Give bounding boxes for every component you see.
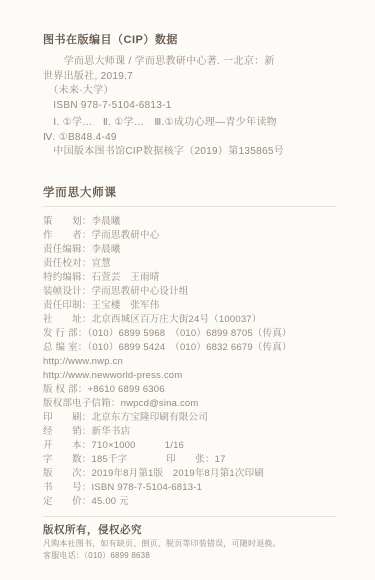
cip-line: ISBN 978-7-5104-6813-1 [43, 99, 337, 114]
info-row-label: 发 行 部： [43, 328, 87, 339]
info-row-label: 字 数： [43, 454, 92, 465]
info-row-label: 经 销： [43, 426, 92, 437]
copyright-notice-section: 版权所有，侵权必究 凡购本社图书，如有缺页、倒页、脱页等印装错误，可随时退换。 … [43, 516, 337, 562]
info-row: 印 刷：北京东方宝隆印刷有限公司 [43, 411, 337, 425]
info-row-value: 北京西城区百万庄大街24号（100037） [92, 314, 262, 325]
info-row-value: 185千字 印 张：17 [92, 454, 226, 465]
info-row-label: 总 编 室： [43, 342, 87, 353]
cip-line: 世界出版社, 2019.7 [43, 70, 337, 85]
info-row-label: 责任校对： [43, 258, 92, 269]
info-row: 作 者：学而思教研中心 [43, 229, 337, 243]
info-row: 定 价：45.00 元 [43, 495, 337, 509]
info-row-label: 定 价： [43, 496, 92, 507]
info-row-value: 王宝楼 张军伟 [92, 300, 160, 311]
cip-heading: 图书在版编目（CIP）数据 [43, 33, 337, 47]
info-row-value: nwpcd@sina.com [121, 398, 199, 409]
title-divider [43, 206, 337, 207]
info-row-label: 特约编辑： [43, 272, 92, 283]
info-row: 责任印制：王宝楼 张军伟 [43, 299, 337, 313]
info-row-value: 石萱芸 王雨晴 [92, 272, 160, 283]
cip-paragraph: 学而思大师课 / 学而思教研中心著. 一北京：新 世界出版社, 2019.7 （… [43, 55, 337, 113]
book-info-section: 学而思大师课 策 划：李晨曦 作 者：学而思教研中心 责任编辑：李晨曦 责任校对… [43, 186, 337, 509]
info-row-value: 学而思教研中心设计组 [92, 286, 189, 297]
info-row: 总 编 室：（010）6899 5424 （010）6832 6679（传真） [43, 341, 337, 355]
info-row: 社 址：北京西城区百万庄大街24号（100037） [43, 313, 337, 327]
info-row: 书 号：ISBN 978-7-5104-6813-1 [43, 481, 337, 495]
info-row: 装帧设计：学而思教研中心设计组 [43, 285, 337, 299]
info-row-value: +8610 6899 6306 [87, 384, 164, 395]
book-title: 学而思大师课 [43, 186, 337, 200]
info-row-value: 李晨曦 [92, 216, 121, 227]
info-row: http://www.nwp.cn [43, 355, 337, 369]
info-row-label: 社 址： [43, 314, 92, 325]
info-row-label: 装帧设计： [43, 286, 92, 297]
info-row-value: 2019年8月第1版 2019年8月第1次印刷 [92, 468, 265, 479]
info-row-label: 责任印制： [43, 300, 92, 311]
cip-classification-line: 中国版本图书馆CIP数据核字（2019）第135865号 [43, 145, 337, 160]
info-row-label: 版权部电子信箱： [43, 398, 121, 409]
cip-line: （未来·大学） [43, 84, 337, 99]
info-row: 经 销：新华书店 [43, 425, 337, 439]
info-row: http://www.newworld-press.com [43, 369, 337, 383]
info-row: 字 数：185千字 印 张：17 [43, 453, 337, 467]
info-row-value: 710×1000 1/16 [92, 440, 185, 451]
info-row: 策 划：李晨曦 [43, 215, 337, 229]
info-row-value: （010）6899 5424 （010）6832 6679（传真） [87, 342, 291, 353]
cip-section: 图书在版编目（CIP）数据 学而思大师课 / 学而思教研中心著. 一北京：新 世… [43, 33, 337, 160]
info-row-label: 责任编辑： [43, 244, 92, 255]
info-row-value: 学而思教研中心 [92, 230, 160, 241]
info-row-value: 宣慧 [92, 258, 111, 269]
return-policy-line: 凡购本社图书，如有缺页、倒页、脱页等印装错误，可随时退换。 [43, 538, 337, 550]
info-row-value: 北京东方宝隆印刷有限公司 [92, 412, 208, 423]
info-row: 特约编辑：石萱芸 王雨晴 [43, 271, 337, 285]
info-row-label: 印 刷： [43, 412, 92, 423]
book-info-rows: 策 划：李晨曦 作 者：学而思教研中心 责任编辑：李晨曦 责任校对：宣慧 特约编… [43, 215, 337, 509]
info-row-label: 书 号： [43, 482, 92, 493]
info-row-label: 策 划： [43, 216, 92, 227]
cip-classification: Ⅰ. ①学… Ⅱ. ①学… Ⅲ.①成功心理—青少年读物 Ⅳ. ①B848.4-4… [43, 116, 337, 160]
info-row: 责任校对：宣慧 [43, 257, 337, 271]
info-row: 发 行 部：（010）6899 5968 （010）6899 8705（传真） [43, 327, 337, 341]
copyright-page: 图书在版编目（CIP）数据 学而思大师课 / 学而思教研中心著. 一北京：新 世… [0, 0, 375, 580]
copyright-notice: 版权所有，侵权必究 [43, 524, 337, 537]
info-row-value: http://www.newworld-press.com [43, 370, 182, 381]
info-row-value: 45.00 元 [92, 496, 129, 507]
service-phone-line: 客服电话：（010）6899 8638 [43, 550, 337, 562]
info-row-label: 版 次： [43, 468, 92, 479]
info-row-label: 开 本： [43, 440, 92, 451]
footer-divider [43, 516, 337, 517]
info-row-label: 版 权 部： [43, 384, 87, 395]
cip-classification-line: Ⅰ. ①学… Ⅱ. ①学… Ⅲ.①成功心理—青少年读物 [43, 116, 337, 131]
info-row: 责任编辑：李晨曦 [43, 243, 337, 257]
info-row: 版 权 部：+8610 6899 6306 [43, 383, 337, 397]
info-row-value: http://www.nwp.cn [43, 356, 123, 367]
info-row-value: （010）6899 5968 （010）6899 8705（传真） [87, 328, 291, 339]
info-row-value: 李晨曦 [92, 244, 121, 255]
info-row: 版权部电子信箱：nwpcd@sina.com [43, 397, 337, 411]
cip-line: 学而思大师课 / 学而思教研中心著. 一北京：新 [43, 55, 337, 70]
info-row: 版 次：2019年8月第1版 2019年8月第1次印刷 [43, 467, 337, 481]
info-row: 开 本：710×1000 1/16 [43, 439, 337, 453]
cip-classification-line: Ⅳ. ①B848.4-49 [43, 131, 337, 146]
info-row-value: 新华书店 [92, 426, 131, 437]
info-row-label: 作 者： [43, 230, 92, 241]
info-row-value: ISBN 978-7-5104-6813-1 [92, 482, 203, 493]
